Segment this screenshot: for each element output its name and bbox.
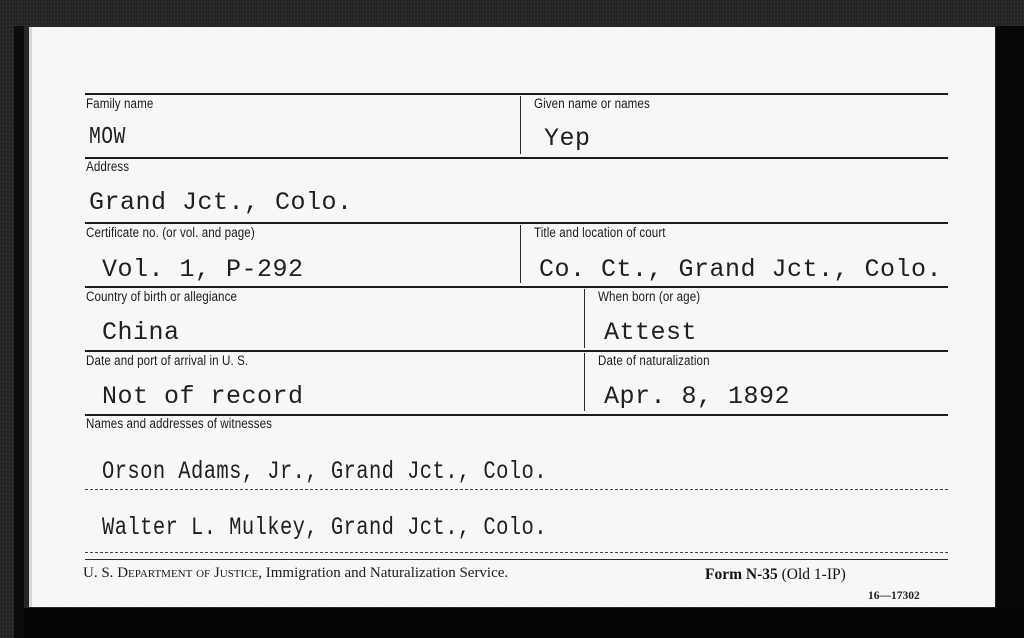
address-value: Grand Jct., Colo. [89, 188, 353, 217]
address-label: Address [86, 159, 129, 174]
binder-edge [14, 26, 24, 638]
witnesses-label: Names and addresses of witnesses [86, 416, 272, 431]
divider-arrival-naturalization [584, 353, 585, 411]
rule-arrival [85, 350, 948, 352]
rule-address [85, 157, 948, 159]
witness-1: Orson Adams, Jr., Grand Jct., Colo. [102, 457, 547, 486]
divider-country-born [584, 289, 585, 348]
country-label: Country of birth or allegiance [86, 289, 237, 304]
naturalization-index-card: Family name MOW Given name or names Yep … [29, 27, 995, 607]
rule-certificate [85, 222, 948, 224]
court-label: Title and location of court [534, 225, 666, 240]
when-born-value: Attest [604, 318, 697, 347]
department-imprint: U. S. Department of Justice, Immigration… [83, 565, 508, 582]
print-code: 16—17302 [868, 590, 920, 602]
country-value: China [102, 318, 180, 347]
divider-certificate-court [520, 225, 521, 283]
form-id: Form N-35 [705, 566, 778, 583]
witness-1-line [85, 489, 948, 490]
court-value: Co. Ct., Grand Jct., Colo. [539, 255, 942, 284]
scan-border-right [996, 26, 1024, 638]
family-name-value: MOW [89, 124, 126, 151]
rule-country [85, 286, 948, 288]
family-name-label: Family name [86, 96, 153, 111]
naturalization-date-label: Date of naturalization [598, 353, 710, 368]
given-name-value: Yep [544, 124, 591, 153]
rule-top [85, 93, 948, 95]
dept-suffix: , Immigration and Naturalization Service… [258, 565, 508, 581]
arrival-value: Not of record [102, 382, 304, 411]
given-name-label: Given name or names [534, 96, 650, 111]
dept-prefix: U. S. [83, 565, 117, 581]
certificate-label: Certificate no. (or vol. and page) [86, 225, 255, 240]
scan-border-bottom [24, 608, 1024, 638]
divider-family-given [520, 96, 521, 154]
witness-2: Walter L. Mulkey, Grand Jct., Colo. [102, 513, 547, 542]
witness-2-line [85, 552, 948, 553]
certificate-value: Vol. 1, P-292 [102, 255, 304, 284]
arrival-label: Date and port of arrival in U. S. [86, 353, 248, 368]
when-born-label: When born (or age) [598, 289, 700, 304]
form-old-id: (Old 1-IP) [778, 566, 846, 583]
dept-name: Department of Justice [117, 565, 258, 581]
form-number: Form N-35 (Old 1-IP) [705, 566, 846, 584]
rule-bottom [85, 559, 948, 560]
naturalization-date-value: Apr. 8, 1892 [604, 382, 790, 411]
